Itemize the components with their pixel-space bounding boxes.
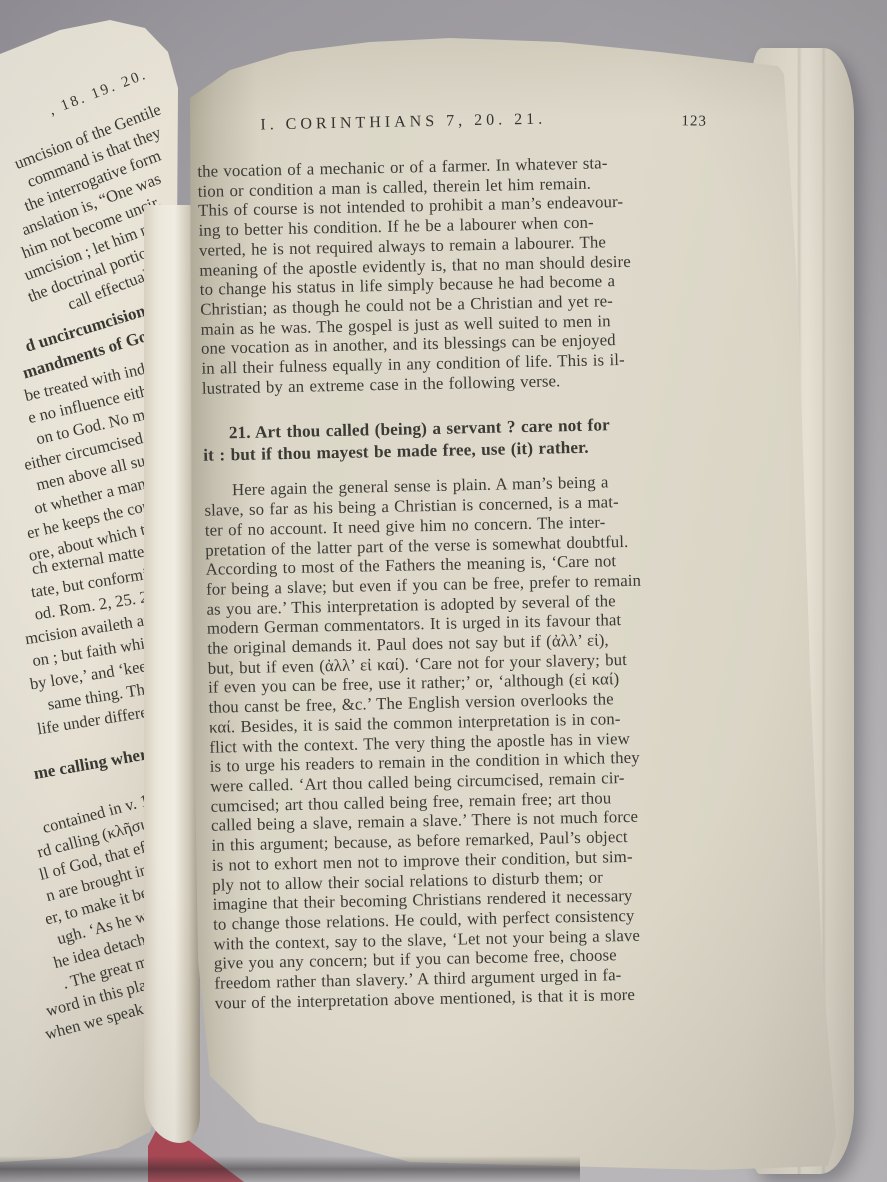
- left-page-section-2: be treated with indif-e no influence eit…: [0, 353, 160, 721]
- left-page-text-column: , 18. 19. 20. umcision of the Gentilecom…: [0, 58, 160, 1015]
- open-book-photo: , 18. 19. 20. umcision of the Gentilecom…: [0, 0, 887, 1182]
- running-title: I. CORINTHIANS 7, 20. 21.: [260, 111, 546, 135]
- right-page-text: I. CORINTHIANS 7, 20. 21. 123 the vocati…: [196, 98, 775, 1013]
- left-page-verse-heading-2: me calling where-: [0, 739, 160, 765]
- verse-21-heading: 21. Art thou called (being) a servant ? …: [203, 412, 764, 468]
- commentary-paragraph-1: the vocation of a mechanic or of a farme…: [197, 150, 762, 398]
- commentary-paragraph-2: Here again the general sense is plain. A…: [204, 469, 775, 1013]
- table-edge-shadow: [0, 1156, 580, 1182]
- page-number: 123: [681, 113, 707, 130]
- left-page-section-3: contained in v. 17,rd calling (κλῆσις),l…: [0, 785, 160, 1015]
